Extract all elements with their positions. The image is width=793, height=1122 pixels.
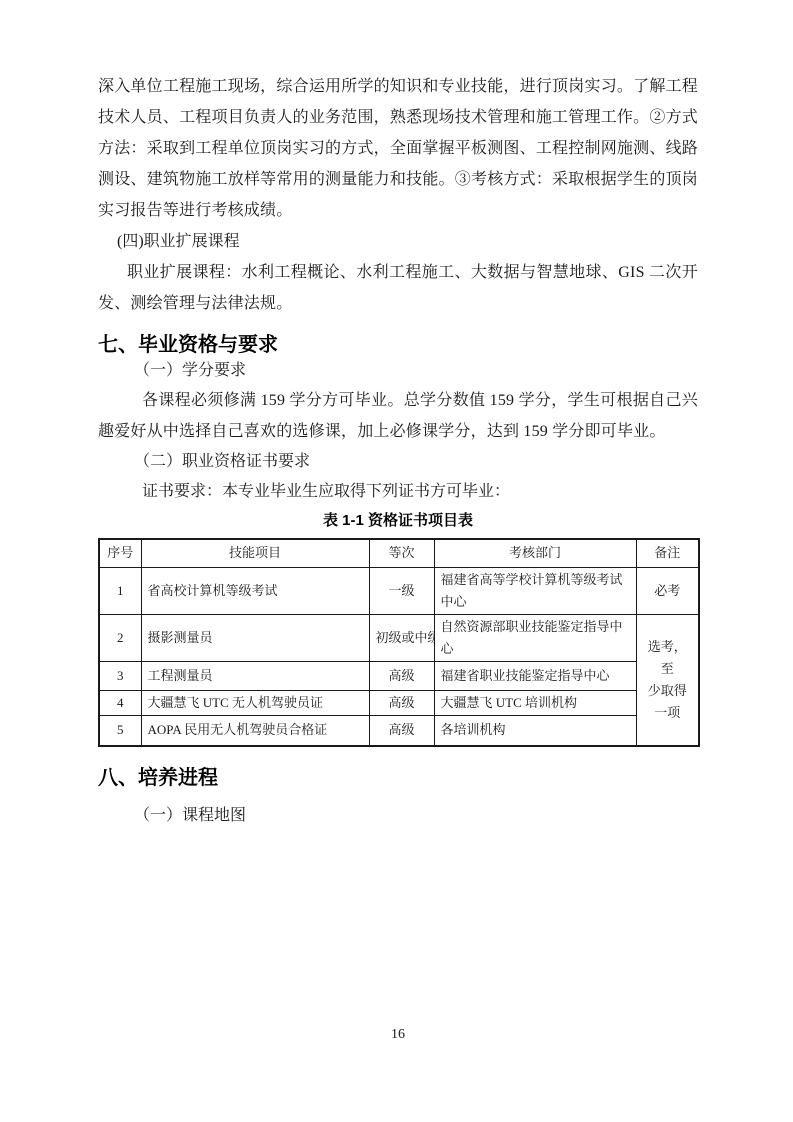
- section-heading-training-process: 八、培养进程: [98, 765, 698, 791]
- document-page: 深入单位工程施工现场，综合运用所学的知识和专业技能，进行顶岗实习。了解工程技术人…: [0, 0, 793, 1122]
- subheading-course-map: （一）课程地图: [98, 800, 698, 831]
- table-header-row: 序号 技能项目 等次 考核部门 备注: [99, 539, 699, 567]
- header-dept: 考核部门: [434, 539, 636, 567]
- cell-remark-merged: 选考，至 少取得 一项: [636, 614, 699, 746]
- cell-no: 3: [99, 661, 141, 690]
- cell-level: 高级: [369, 661, 434, 690]
- cell-no: 4: [99, 690, 141, 715]
- paragraph-credit-requirements: 各课程必须修满 159 学分方可毕业。总学分数值 159 学分，学生可根据自己兴…: [98, 385, 698, 447]
- table-row: 4 大疆慧飞 UTC 无人机驾驶员证 高级 大疆慧飞 UTC 培训机构: [99, 690, 699, 715]
- cell-item: 省高校计算机等级考试: [141, 567, 369, 614]
- paragraph-career-expansion-courses: 职业扩展课程：水利工程概论、水利工程施工、大数据与智慧地球、GIS 二次开发、测…: [98, 257, 698, 319]
- header-no: 序号: [99, 539, 141, 567]
- paragraph-internship-continuation: 深入单位工程施工现场，综合运用所学的知识和专业技能，进行顶岗实习。了解工程技术人…: [98, 71, 698, 226]
- cell-dept: 福建省高等学校计算机等级考试 中心: [434, 567, 636, 614]
- cell-no: 1: [99, 567, 141, 614]
- cell-item: 摄影测量员: [141, 614, 369, 661]
- cell-item: AOPA 民用无人机驾驶员合格证: [141, 715, 369, 746]
- cell-level: 高级: [369, 690, 434, 715]
- cell-item: 大疆慧飞 UTC 无人机驾驶员证: [141, 690, 369, 715]
- cell-dept: 福建省职业技能鉴定指导中心: [434, 661, 636, 690]
- table-row: 5 AOPA 民用无人机驾驶员合格证 高级 各培训机构: [99, 715, 699, 746]
- cell-dept: 大疆慧飞 UTC 培训机构: [434, 690, 636, 715]
- cell-item: 工程测量员: [141, 661, 369, 690]
- cell-level: 一级: [369, 567, 434, 614]
- table-row: 1 省高校计算机等级考试 一级 福建省高等学校计算机等级考试 中心 必考: [99, 567, 699, 614]
- table-row: 3 工程测量员 高级 福建省职业技能鉴定指导中心: [99, 661, 699, 690]
- subheading-certificate-requirements: （二）职业资格证书要求: [98, 446, 698, 477]
- subheading-career-expansion-courses: (四)职业扩展课程: [98, 226, 698, 257]
- page-number: 16: [98, 1026, 698, 1044]
- subheading-credit-requirements: （一）学分要求: [98, 355, 698, 386]
- header-item: 技能项目: [141, 539, 369, 567]
- cell-dept: 自然资源部职业技能鉴定指导中 心: [434, 614, 636, 661]
- cell-level: 初级或中级: [369, 614, 434, 661]
- header-level: 等次: [369, 539, 434, 567]
- cell-no: 5: [99, 715, 141, 746]
- cell-level: 高级: [369, 715, 434, 746]
- paragraph-certificate-requirements: 证书要求：本专业毕业生应取得下列证书方可毕业：: [98, 476, 698, 507]
- cell-dept: 各培训机构: [434, 715, 636, 746]
- header-remark: 备注: [636, 539, 699, 567]
- cell-remark: 必考: [636, 567, 699, 614]
- table-row: 2 摄影测量员 初级或中级 自然资源部职业技能鉴定指导中 心 选考，至 少取得 …: [99, 614, 699, 661]
- certificate-table: 序号 技能项目 等次 考核部门 备注 1 省高校计算机等级考试 一级 福建省高等…: [98, 538, 700, 747]
- cell-no: 2: [99, 614, 141, 661]
- table-caption: 表 1-1 资格证书项目表: [98, 506, 698, 536]
